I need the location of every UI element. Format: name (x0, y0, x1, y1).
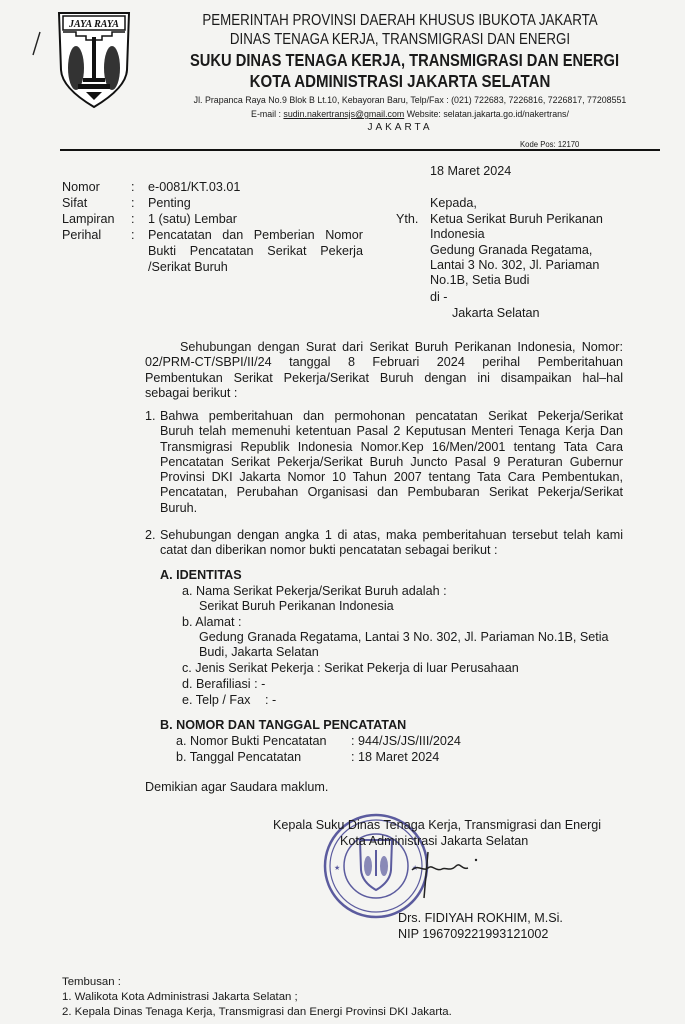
point-1-line: Transmigrasi Republik Indonesia Nomor.Ke… (160, 440, 623, 455)
signatory-nip: NIP 196709221993121002 (398, 927, 548, 942)
meta-colon: : (131, 196, 135, 211)
point-2-number: 2. (145, 528, 156, 543)
recipient-kepada: Kepada, (430, 196, 477, 211)
pencatatan-b-value: : 18 Maret 2024 (351, 750, 439, 765)
point-1-number: 1. (145, 409, 156, 424)
email-link[interactable]: sudin.nakertransjs@gmail.com (283, 109, 404, 120)
recipient-line: Lantai 3 No. 302, Jl. Pariaman (430, 258, 630, 273)
signatory-name: Drs. FIDIYAH ROKHIM, M.Si. (398, 911, 563, 926)
letterhead-contact: E-mail : sudin.nakertransjs@gmail.com We… (162, 109, 659, 120)
pencatatan-a-value: : 944/JS/JS/III/2024 (351, 734, 461, 749)
recipient-address: Ketua Serikat Buruh Perikanan Indonesia … (430, 212, 630, 288)
meta-perihal-label: Perihal (62, 228, 132, 243)
point-1-line: Buruh telah memenuhi ketentuan Pasal 2 K… (160, 424, 623, 439)
point-1-line: Buruh. (160, 501, 623, 516)
meta-nomor-label: Nomor (62, 180, 132, 195)
letterhead-line-2: DINAS TENAGA KERJA, TRANSMIGRASI DAN ENE… (185, 31, 615, 49)
letterhead-divider (60, 149, 660, 151)
meta-lampiran-value: 1 (satu) Lembar (148, 212, 363, 227)
svg-text:JAYA RAYA: JAYA RAYA (68, 19, 119, 30)
meta-colon: : (131, 228, 135, 243)
tembusan-item: 2. Kepala Dinas Tenaga Kerja, Transmigra… (62, 1006, 452, 1018)
recipient-line: No.1B, Setia Budi (430, 273, 630, 288)
point-1-line: Provinsi DKI Jakarta Nomor 10 Tahun 2007… (160, 470, 623, 485)
meta-perihal-line-1: Pencatatan dan Pemberian Nomor (148, 228, 363, 243)
meta-colon: : (131, 180, 135, 195)
section-b-title: B. NOMOR DAN TANGGAL PENCATATAN (160, 718, 406, 733)
meta-sifat-label: Sifat (62, 196, 132, 211)
point-1-line: Pencatatan Serikat Pekerja/Serikat Buruh… (160, 455, 623, 470)
jakarta-coat-of-arms-logo: JAYA RAYA (56, 10, 132, 110)
letterhead-line-4: KOTA ADMINISTRASI JAKARTA SELATAN (185, 71, 615, 92)
recipient-line: Indonesia (430, 227, 630, 242)
identitas-c: c. Jenis Serikat Pekerja : Serikat Peker… (182, 661, 519, 676)
identitas-e-label: e. Telp / Fax (182, 693, 250, 708)
identitas-a-label: a. Nama Serikat Pekerja/Serikat Buruh ad… (182, 584, 447, 599)
tembusan-item: 1. Walikota Kota Administrasi Jakarta Se… (62, 991, 298, 1003)
letter-date: 18 Maret 2024 (430, 164, 511, 179)
point-2-text: Sehubungan dengan angka 1 di atas, maka … (160, 528, 623, 559)
meta-nomor-value: e-0081/KT.03.01 (148, 180, 363, 195)
website-text: Website: selatan.jakarta.go.id/nakertran… (404, 109, 569, 120)
point-1-text: Bahwa pemberitahuan dan permohonan penca… (160, 409, 623, 516)
identitas-e-value: : - (265, 693, 276, 708)
point-2-line: Sehubungan dengan angka 1 di atas, maka … (160, 528, 623, 543)
identitas-b-value-line-2: Budi, Jakarta Selatan (199, 645, 319, 660)
recipient-line: Gedung Granada Regatama, (430, 243, 630, 258)
pencatatan-a-label: a. Nomor Bukti Pencatatan (176, 734, 327, 749)
signatory-title-line-1: Kepala Suku Dinas Tenaga Kerja, Transmig… (273, 818, 601, 833)
recipient-di: di - (430, 290, 448, 305)
recipient-city: Jakarta Selatan (452, 306, 540, 321)
handwritten-signature-icon (410, 842, 500, 902)
postal-code: Kode Pos: 12170 (520, 139, 579, 149)
pen-mark-icon (30, 30, 42, 58)
pencatatan-b-label: b. Tanggal Pencatatan (176, 750, 301, 765)
intro-paragraph: Sehubungan dengan Surat dari Serikat Bur… (145, 340, 623, 401)
identitas-b-value-line-1: Gedung Granada Regatama, Lantai 3 No. 30… (199, 630, 609, 645)
letterhead-line-3: SUKU DINAS TENAGA KERJA, TRANSMIGRASI DA… (190, 50, 610, 71)
intro-line: Sehubungan dengan Surat dari Serikat Bur… (145, 340, 623, 355)
meta-sifat-value: Penting (148, 196, 363, 211)
meta-lampiran-label: Lampiran (62, 212, 132, 227)
section-a-title: A. IDENTITAS (160, 568, 242, 583)
intro-line: sebagai berikut : (145, 386, 623, 401)
meta-perihal-line-3: /Serikat Buruh (148, 260, 363, 275)
recipient-line: Ketua Serikat Buruh Perikanan (430, 212, 630, 227)
identitas-b-label: b. Alamat : (182, 615, 242, 630)
intro-line: Pembentukan Serikat Pekerja/Serikat Buru… (145, 371, 623, 386)
meta-colon: : (131, 212, 135, 227)
closing-sentence: Demikian agar Saudara maklum. (145, 780, 328, 795)
email-label: E-mail : (251, 109, 283, 120)
identitas-a-value: Serikat Buruh Perikanan Indonesia (199, 599, 394, 614)
point-2-line: catat dan diberikan nomor bukti pencatat… (160, 543, 623, 558)
intro-line: 02/PRM-CT/SBPI/II/24 tanggal 8 Februari … (145, 355, 623, 370)
identitas-d: d. Berafiliasi : - (182, 677, 265, 692)
point-1-line: Bahwa pemberitahuan dan permohonan penca… (160, 409, 623, 424)
letter-page: JAYA RAYA PEMERINTAH PROVINSI DAERAH KHU… (0, 0, 685, 1024)
recipient-yth: Yth. (396, 212, 418, 227)
letterhead-city: JAKARTA (150, 122, 650, 133)
letterhead-line-1: PEMERINTAH PROVINSI DAERAH KHUSUS IBUKOT… (185, 12, 615, 30)
letterhead-address: Jl. Prapanca Raya No.9 Blok B Lt.10, Keb… (162, 95, 659, 106)
meta-perihal-line-2: Bukti Pencatatan Serikat Pekerja (148, 244, 363, 259)
tembusan-title: Tembusan : (62, 976, 121, 988)
svg-text:★: ★ (334, 864, 340, 872)
point-1-line: Pencatatan, Perubahan Organisasi dan Pem… (160, 485, 623, 500)
